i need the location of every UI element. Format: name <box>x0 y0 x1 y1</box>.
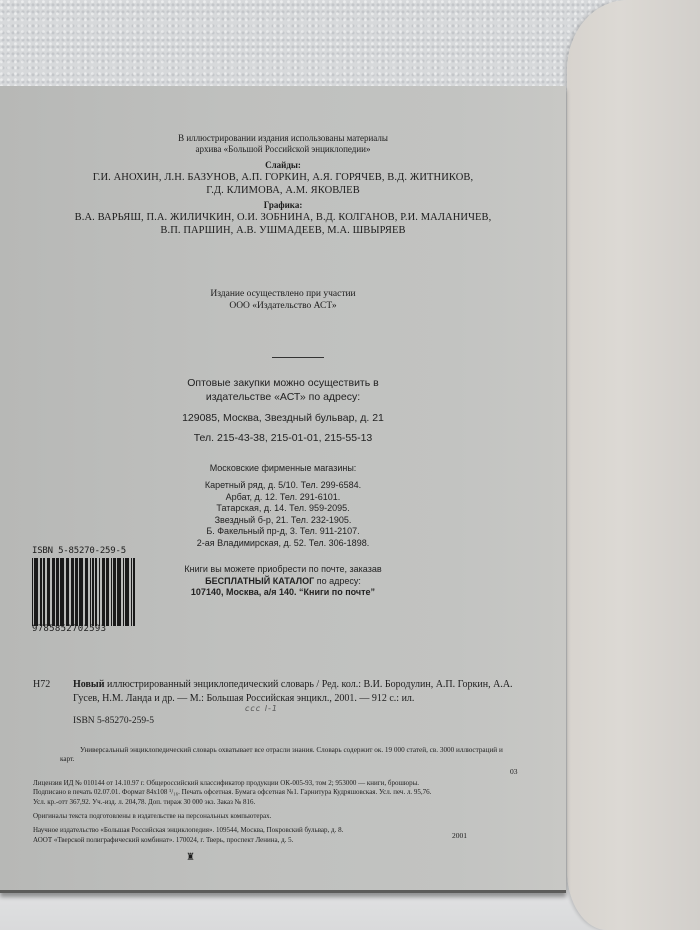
store-item: Б. Факельный пр-д, 3. Тел. 911-2107. <box>0 526 566 538</box>
archive-credit: В иллюстрировании издания использованы м… <box>0 133 566 155</box>
graphics-credit: Графика: В.А. ВАРЬЯШ, П.А. ЖИЛИЧКИН, О.И… <box>0 199 566 237</box>
catalog-description: иллюстрированный энциклопедический слова… <box>73 679 513 704</box>
stores-title: Московские фирменные магазины: <box>0 463 566 475</box>
wholesale-address: 129085, Москва, Звездный бульвар, д. 21 <box>0 411 566 425</box>
imprint-block: Лицензия ИД № 010144 от 14.10.97 г. Обще… <box>33 779 518 807</box>
slides-credit: Слайды: Г.И. АНОХИН, Л.Н. БАЗУНОВ, А.П. … <box>0 159 566 197</box>
facing-page <box>567 0 700 930</box>
publisher-block: Научное издательство «Большая Российская… <box>33 826 343 845</box>
archive-credit-line2: архива «Большой Российской энциклопедии» <box>0 144 566 155</box>
participation-note: Издание осуществлено при участии ООО «Из… <box>0 288 566 312</box>
store-item: Звездный б-р, 21. Тел. 232-1905. <box>0 515 566 527</box>
annotation-text: Универсальный энциклопедический словарь … <box>60 746 515 764</box>
isbn-barcode: ISBN 5-85270-259-5 9785852702593 <box>32 546 154 634</box>
imprint-line3: Усл. кр.-отт 367,92. Уч.-изд. л. 204,78.… <box>33 798 518 807</box>
barcode-isbn-label: ISBN 5-85270-259-5 <box>32 546 154 556</box>
catalog-title: Новый <box>73 679 105 690</box>
free-catalog-label: БЕСПЛАТНЫЙ КАТАЛОГ <box>205 576 314 586</box>
originals-note: Оригиналы текста подготовлены в издатель… <box>33 812 271 821</box>
store-item: Татарская, д. 14. Тел. 959-2095. <box>0 503 566 515</box>
handwritten-note: ccc l-1 <box>245 704 278 713</box>
annotation-code: 03 <box>510 767 518 776</box>
wholesale-line1: Оптовые закупки можно осуществить в <box>0 376 566 390</box>
separator-line <box>272 357 324 358</box>
imprint-line1: Лицензия ИД № 010144 от 14.10.97 г. Обще… <box>33 779 518 788</box>
slides-label: Слайды: <box>0 159 566 171</box>
store-item: Арбат, д. 12. Тел. 291-6101. <box>0 492 566 504</box>
publication-year: 2001 <box>452 831 467 840</box>
wholesale-phones: Тел. 215-43-38, 215-01-01, 215-55-13 <box>0 431 566 445</box>
barcode-bars <box>32 558 154 626</box>
barcode-bar <box>135 558 137 626</box>
slides-line2: Г.Д. КЛИМОВА, А.М. ЯКОВЛЕВ <box>0 184 566 197</box>
mail-order-line2-rest: по адресу: <box>314 576 361 586</box>
wholesale-info: Оптовые закупки можно осуществить в изда… <box>0 376 566 445</box>
publisher-line: Научное издательство «Большая Российская… <box>33 826 343 836</box>
participation-line1: Издание осуществлено при участии <box>0 288 566 300</box>
stores-list: Каретный ряд, д. 5/10. Тел. 299-6584. Ар… <box>0 480 566 550</box>
catalog-code: Н72 <box>33 678 50 692</box>
printer-line: АООТ «Тверской полиграфический комбинат»… <box>33 836 343 846</box>
catalog-text: Новый иллюстрированный энциклопедический… <box>73 678 513 705</box>
slides-line1: Г.И. АНОХИН, Л.Н. БАЗУНОВ, А.П. ГОРКИН, … <box>0 171 566 184</box>
graphics-label: Графика: <box>0 199 566 211</box>
printer-mark-icon: ♜ <box>186 852 195 863</box>
store-item: Каретный ряд, д. 5/10. Тел. 299-6584. <box>0 480 566 492</box>
participation-line2: ООО «Издательство АСТ» <box>0 300 566 312</box>
imprint-line2: Подписано в печать 02.07.01. Формат 84x1… <box>33 788 518 797</box>
archive-credit-line1: В иллюстрировании издания использованы м… <box>0 133 566 144</box>
graphics-line1: В.А. ВАРЬЯШ, П.А. ЖИЛИЧКИН, О.И. ЗОБНИНА… <box>0 211 566 224</box>
catalog-isbn: ISBN 5-85270-259-5 <box>73 715 513 729</box>
book-page: В иллюстрировании издания использованы м… <box>0 86 566 893</box>
wholesale-line2: издательстве «АСТ» по адресу: <box>0 390 566 404</box>
graphics-line2: В.П. ПАРШИН, А.В. УШМАДЕЕВ, М.А. ШВЫРЯЕВ <box>0 224 566 237</box>
